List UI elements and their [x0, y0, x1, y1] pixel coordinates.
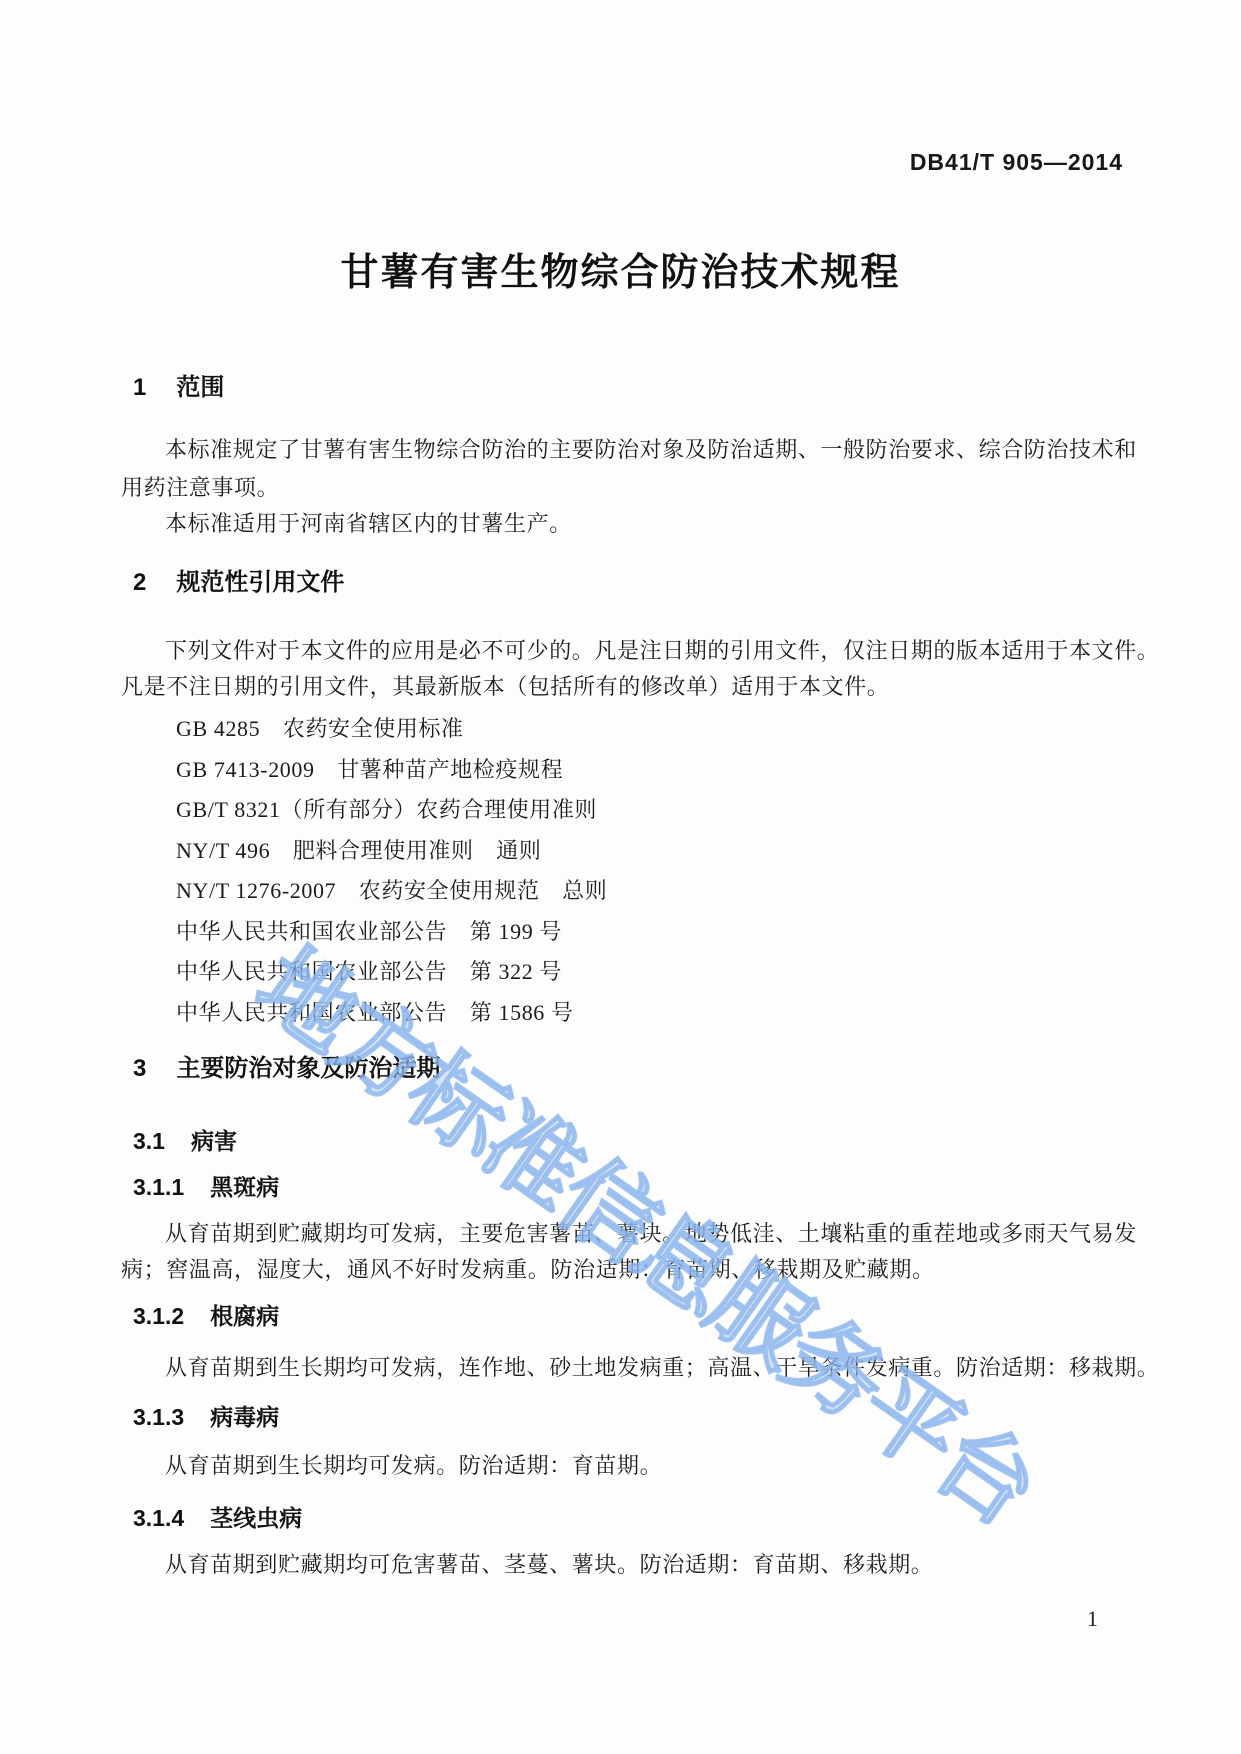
- section-3-1-2-paragraph-line: 从育苗期到生长期均可发病，连作地、砂土地发病重；高温、干旱条件发病重。防治适期：…: [121, 1353, 1205, 1383]
- section-3-1-2-title: 根腐病: [210, 1303, 279, 1329]
- reference-item: NY/T 496 肥料合理使用准则 通则: [176, 831, 1076, 872]
- section-1-heading: 1范围: [133, 373, 224, 403]
- section-1-paragraph-line: 本标准适用于河南省辖区内的甘薯生产。: [121, 509, 1205, 539]
- section-3-number: 3: [133, 1054, 146, 1084]
- section-2-paragraph-line: 凡是不注日期的引用文件，其最新版本（包括所有的修改单）适用于本文件。: [121, 672, 1161, 702]
- document-page: DB41/T 905—2014 甘薯有害生物综合防治技术规程 1范围 本标准规定…: [0, 0, 1241, 1754]
- section-3-1-4-number: 3.1.4: [133, 1503, 184, 1533]
- reference-item: GB 7413-2009 甘薯种苗产地检疫规程: [176, 750, 1076, 791]
- section-3-title: 主要防治对象及防治适期: [176, 1055, 440, 1082]
- section-3-1-1-heading: 3.1.1黑斑病: [133, 1172, 279, 1202]
- section-3-1-heading: 3.1病害: [133, 1126, 237, 1156]
- normative-references-list: GB 4285 农药安全使用标准 GB 7413-2009 甘薯种苗产地检疫规程…: [176, 709, 1076, 1033]
- section-3-heading: 3主要防治对象及防治适期: [133, 1054, 440, 1084]
- section-2-heading: 2规范性引用文件: [133, 568, 344, 598]
- section-2-title: 规范性引用文件: [176, 569, 344, 596]
- reference-item: 中华人民共和国农业部公告 第 1586 号: [176, 993, 1076, 1034]
- page-number: 1: [1087, 1606, 1098, 1632]
- section-3-1-number: 3.1: [133, 1126, 165, 1156]
- section-1-paragraph-line: 用药注意事项。: [121, 473, 1161, 503]
- section-1-title: 范围: [176, 374, 224, 401]
- section-3-1-1-number: 3.1.1: [133, 1172, 184, 1202]
- section-3-1-2-number: 3.1.2: [133, 1301, 184, 1331]
- reference-item: GB/T 8321（所有部分）农药合理使用准则: [176, 790, 1076, 831]
- section-2-number: 2: [133, 568, 146, 598]
- section-3-1-3-paragraph-line: 从育苗期到生长期均可发病。防治适期：育苗期。: [121, 1451, 1205, 1481]
- section-3-1-3-heading: 3.1.3病毒病: [133, 1402, 279, 1432]
- section-3-1-1-paragraph-line: 从育苗期到贮藏期均可发病，主要危害薯苗、薯块。地势低洼、土壤粘重的重茬地或多雨天…: [121, 1219, 1205, 1249]
- section-3-1-3-title: 病毒病: [210, 1404, 279, 1430]
- section-3-1-4-title: 茎线虫病: [210, 1505, 302, 1531]
- section-3-1-3-number: 3.1.3: [133, 1402, 184, 1432]
- section-1-paragraph-line: 本标准规定了甘薯有害生物综合防治的主要防治对象及防治适期、一般防治要求、综合防治…: [121, 435, 1205, 465]
- section-3-1-4-heading: 3.1.4茎线虫病: [133, 1503, 302, 1533]
- section-1-number: 1: [133, 373, 146, 403]
- section-3-1-title: 病害: [191, 1128, 237, 1154]
- reference-item: 中华人民共和国农业部公告 第 199 号: [176, 912, 1076, 953]
- reference-item: NY/T 1276-2007 农药安全使用规范 总则: [176, 871, 1076, 912]
- section-3-1-1-paragraph-line: 病；窖温高，湿度大，通风不好时发病重。防治适期：育苗期、移栽期及贮藏期。: [121, 1255, 1161, 1285]
- reference-item: GB 4285 农药安全使用标准: [176, 709, 1076, 750]
- doc-number: DB41/T 905—2014: [910, 149, 1123, 176]
- section-2-paragraph-line: 下列文件对于本文件的应用是必不可少的。凡是注日期的引用文件，仅注日期的版本适用于…: [121, 636, 1205, 666]
- section-3-1-2-heading: 3.1.2根腐病: [133, 1301, 279, 1331]
- section-3-1-4-paragraph-line: 从育苗期到贮藏期均可危害薯苗、茎蔓、薯块。防治适期：育苗期、移栽期。: [121, 1550, 1205, 1580]
- document-title: 甘薯有害生物综合防治技术规程: [0, 241, 1241, 296]
- section-3-1-1-title: 黑斑病: [210, 1174, 279, 1200]
- reference-item: 中华人民共和国农业部公告 第 322 号: [176, 952, 1076, 993]
